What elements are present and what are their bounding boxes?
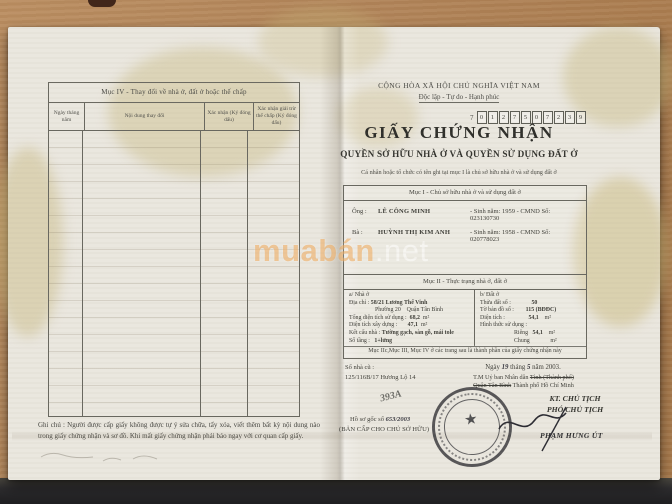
house-total-area: Tổng diện tích sử dụng : 68,2 m² [349, 315, 471, 323]
land-map: Tờ bản đồ số : 115 (BĐĐC) [480, 307, 583, 315]
address-label: Địa chỉ : [349, 300, 369, 306]
national-motto-line2: Độc lập - Tự do - Hạnh phúc [345, 93, 573, 101]
unit-m2: m² [549, 330, 555, 336]
owner-row-wife: Bà : HUỲNH THỊ KIM ANH - Sinh năm: 1958 … [344, 229, 586, 243]
old-house-number: Số nhà cũ : 125/116B/17 Hương Lộ 14 [345, 363, 415, 383]
handwritten-code: 393A [379, 389, 403, 405]
signer-name: PHẠM HƯNG ÚT [540, 431, 650, 440]
authority-line1: T.M Uỷ ban Nhân dân Tỉnh (Thành phố) [436, 374, 611, 382]
plot-label: Thửa đất số : [480, 300, 511, 306]
muc4-table-body-empty [49, 131, 299, 416]
table-cell-empty [248, 131, 299, 416]
dossier-value-handwritten: 653/2003 [386, 416, 411, 423]
motto-underlined: Độc lập - Tự do - Hạnh phúc [419, 93, 500, 103]
unit-m2: m² [545, 315, 551, 321]
unit-m2: m² [550, 338, 556, 344]
unit-m2: m² [423, 315, 429, 321]
column-header-content: Nội dung thay đổi [85, 103, 205, 130]
serial-digit: 9 [576, 111, 586, 124]
muc2-house-column: a/ Nhà ở Địa chỉ : 58/21 Lương Thế Vinh … [344, 290, 475, 346]
year-label: năm [532, 364, 544, 371]
owner-name: LÊ CÔNG MINH [378, 208, 470, 222]
pencil-scribble [33, 439, 193, 469]
column-header-date: Ngày tháng năm [49, 103, 85, 130]
authority1-text: T.M Uỷ ban Nhân dân [473, 374, 528, 381]
muc2-status-box: Mục II - Thực trạng nhà ở, đất ở a/ Nhà … [343, 274, 587, 347]
private-label: Riêng [514, 330, 528, 336]
area-label: Diện tích : [480, 315, 505, 321]
certificate-intro-line: Cá nhân hoặc tổ chức có tên ghi tại mục … [338, 169, 580, 176]
column-header-mortgage-release: Xác nhận giải trừ thế chấp (Ký đóng dấu) [254, 103, 299, 130]
muc1-title: Mục I - Chủ sở hữu nhà ở và sử dụng đất … [344, 186, 586, 201]
land-heading: b/ Đất ở [480, 292, 583, 300]
owner-copy-note: (BẢN CẤP CHO CHỦ SỞ HỮU) [339, 426, 429, 433]
dark-floor-strip [0, 478, 672, 504]
owner-row-husband: Ông : LÊ CÔNG MINH - Sinh năm: 1959 - CM… [344, 208, 586, 222]
old-number-value: 125/116B/17 Hương Lộ 14 [345, 373, 415, 383]
paper-stain [573, 177, 668, 327]
month-handwritten: 5 [527, 364, 530, 371]
table-cell-empty [201, 131, 248, 416]
certificate-paper: Mục IV - Thay đổi về nhà ở, đất ở hoặc t… [8, 27, 660, 480]
house-heading: a/ Nhà ở [349, 292, 471, 300]
private-area-value: 54,1 [533, 330, 543, 336]
table-cell-empty [49, 131, 83, 416]
owner-label: Ông : [352, 208, 378, 222]
area-value: 54,1 [528, 315, 538, 321]
old-number-label: Số nhà cũ : [345, 363, 415, 373]
address-value: 58/21 Lương Thế Vinh [371, 300, 428, 306]
land-use-form: Hình thức sử dụng : [480, 322, 583, 330]
day-label: Ngày [485, 364, 500, 371]
muc2-title: Mục II - Thực trạng nhà ở, đất ở [344, 275, 586, 290]
photo-of-certificate: Mục IV - Thay đổi về nhà ở, đất ở hoặc t… [0, 0, 672, 504]
house-structure: Kết cấu nhà : Tường gạch, sàn gỗ, mái to… [349, 330, 471, 338]
total-area-value: 68,2 [410, 315, 420, 321]
built-area-value: 47,1 [408, 322, 418, 328]
land-area: Diện tích : 54,1 m² [480, 315, 583, 323]
year-value: 2003. [545, 364, 560, 371]
unit-m2: m² [421, 322, 427, 328]
month-label: tháng [510, 364, 525, 371]
table-cell-empty [83, 131, 201, 416]
muc4-table-title: Mục IV - Thay đổi về nhà ở, đất ở hoặc t… [49, 83, 299, 103]
muc2-land-column: b/ Đất ở Thửa đất số : 50 Tờ bản đồ số :… [475, 290, 586, 346]
structure-label: Kết cấu nhà : [349, 330, 380, 336]
land-private: Riêng 54,1 m² [480, 330, 583, 338]
built-area-label: Diện tích xây dựng : [349, 322, 397, 328]
muc2-footer-strip: Mục IIc,Mục III, Mục IV ở các trang sau … [343, 345, 587, 359]
map-label: Tờ bản đồ số : [480, 307, 514, 313]
muc1-owner-box: Mục I - Chủ sở hữu nhà ở và sử dụng đất … [343, 185, 587, 275]
authority2-text: Thành phố Hồ Chí Minh [513, 382, 574, 389]
house-address-line2: Phường 20 Quận Tân Bình [349, 307, 471, 315]
certificate-subtitle: QUYỀN SỞ HỮU NHÀ Ở VÀ QUYỀN SỬ DỤNG ĐẤT … [338, 149, 580, 159]
structure-value: Tường gạch, sàn gỗ, mái tole [382, 330, 454, 336]
dark-object-top [88, 0, 116, 7]
national-motto-line1: CỘNG HÒA XÃ HỘI CHỦ NGHĨA VIỆT NAM [345, 81, 573, 90]
total-area-label: Tổng diện tích sử dụng : [349, 315, 407, 321]
signature-stroke [454, 399, 604, 454]
shared-label: Chung [514, 338, 530, 344]
map-value: 115 (BĐĐC) [526, 307, 557, 313]
muc4-column-headers: Ngày tháng năm Nội dung thay đổi Xác nhậ… [49, 103, 299, 131]
certificate-title: GIẤY CHỨNG NHẬN [345, 123, 573, 143]
dossier-label: Hồ sơ gốc số [350, 416, 384, 423]
dossier-number-line: Hồ sơ gốc số 653/2003 [350, 416, 410, 423]
floors-label: Số tầng : [349, 338, 370, 344]
muc4-change-table: Mục IV - Thay đổi về nhà ở, đất ở hoặc t… [48, 82, 300, 417]
serial-prefix: 7 [470, 114, 474, 122]
issue-date-line: Ngày 19 tháng 5 năm 2003. [448, 364, 598, 371]
column-header-confirm: Xác nhận (Ký đóng dấu) [205, 103, 254, 130]
owner-info: - Sinh năm: 1959 - CMND Số: 023130730 [470, 208, 578, 222]
owner-name: HUỲNH THỊ KIM ANH [378, 229, 470, 243]
house-address-line1: Địa chỉ : 58/21 Lương Thế Vinh [349, 300, 471, 308]
owner-info: - Sinh năm: 1958 - CMND Số: 020778023 [470, 229, 578, 243]
plot-value: 50 [531, 300, 537, 306]
authority1-struck: Tỉnh (Thành phố) [530, 374, 574, 381]
house-built-area: Diện tích xây dựng : 47,1 m² [349, 322, 471, 330]
day-handwritten: 19 [502, 364, 509, 371]
owner-label: Bà : [352, 229, 378, 243]
floors-value: 1+lửng [374, 338, 392, 344]
